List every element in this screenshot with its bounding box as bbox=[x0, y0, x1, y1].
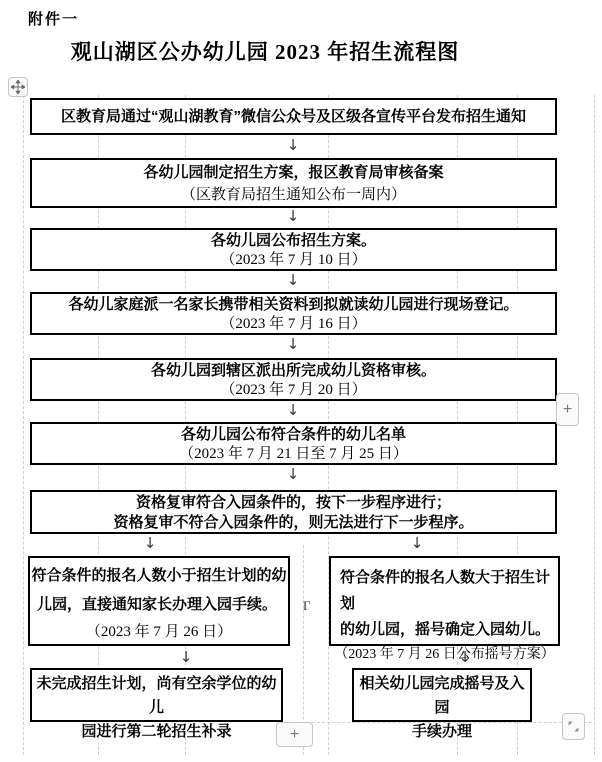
flow-final-lottery-complete: 相关幼儿园完成摇号及入园 手续办理 bbox=[352, 668, 532, 722]
step-text: 区教育局通过“观山湖教育”微信公众号及区级各宣传平台发布招生通知 bbox=[32, 100, 555, 133]
step-date: （2023 年 7 月 16 日） bbox=[32, 315, 555, 334]
flow-arrow-down: ↓ bbox=[283, 335, 303, 355]
table-move-handle[interactable] bbox=[8, 77, 28, 97]
step-text: 相关幼儿园完成摇号及入园 bbox=[354, 672, 530, 720]
step-text: 各幼儿园到辖区派出所完成幼儿资格审核。 bbox=[32, 361, 555, 381]
step-text: 资格复审符合入园条件的，按下一步程序进行； bbox=[32, 493, 555, 513]
table-gridline bbox=[594, 95, 595, 755]
step-text: 各幼儿园公布招生方案。 bbox=[32, 231, 555, 251]
step-date: （2023 年 7 月 26 日公布摇号方案） bbox=[331, 643, 558, 667]
page-title: 观山湖区公办幼儿园 2023 年招生流程图 bbox=[0, 36, 530, 66]
attachment-label: 附件一 bbox=[28, 8, 79, 29]
flow-arrow-down: ↓ bbox=[140, 534, 160, 554]
flow-step-verification: 各幼儿园到辖区派出所完成幼儿资格审核。 （2023 年 7 月 20 日） bbox=[30, 358, 557, 401]
flow-arrow-down: ↓ bbox=[283, 271, 303, 291]
flow-branch-over-quota: 符合条件的报名人数大于招生计划 的幼儿园，摇号确定入园幼儿。 （2023 年 7… bbox=[329, 556, 560, 646]
step-text: 儿园，直接通知家长办理入园手续。 bbox=[30, 590, 288, 619]
document-page: 附件一 观山湖区公办幼儿园 2023 年招生流程图 区教育局通过“观山湖教育”微… bbox=[0, 0, 602, 762]
flow-arrow-down: ↓ bbox=[283, 207, 303, 227]
flow-step-registration: 各幼儿家庭派一名家长携带相关资料到拟就读幼儿园进行现场登记。 （2023 年 7… bbox=[30, 292, 557, 335]
resize-diagonal-icon bbox=[567, 720, 580, 733]
flow-branch-under-quota: 符合条件的报名人数小于招生计划的幼 儿园，直接通知家长办理入园手续。 （2023… bbox=[28, 556, 290, 646]
flow-arrow-down: ↓ bbox=[455, 648, 475, 668]
move-icon bbox=[11, 80, 25, 94]
step-text: 的幼儿园，摇号确定入园幼儿。 bbox=[331, 617, 558, 643]
step-date: （2023 年 7 月 21 日至 7 月 25 日） bbox=[32, 445, 555, 464]
step-text: 手续办理 bbox=[354, 720, 530, 744]
plus-icon: + bbox=[290, 727, 299, 743]
flow-arrow-down: ↓ bbox=[176, 648, 196, 668]
flow-step-review-result: 资格复审符合入园条件的，按下一步程序进行； 资格复审不符合入园条件的，则无法进行… bbox=[30, 490, 557, 534]
table-resize-handle[interactable] bbox=[562, 713, 585, 740]
step-date: （2023 年 7 月 10 日） bbox=[32, 251, 555, 270]
flow-arrow-down: ↓ bbox=[283, 465, 303, 485]
step-text: 未完成招生计划，尚有空余学位的幼儿 bbox=[32, 672, 281, 720]
step-date: （2023 年 7 月 20 日） bbox=[32, 381, 555, 400]
step-text: 各幼儿园制定招生方案，报区教育局审核备案 bbox=[32, 161, 555, 185]
step-text: 符合条件的报名人数大于招生计划 bbox=[331, 565, 558, 617]
step-note: （区教育局招生通知公布一周内） bbox=[32, 185, 555, 206]
step-text: 各幼儿园公布符合条件的幼儿名单 bbox=[32, 425, 555, 445]
flow-step-notice: 区教育局通过“观山湖教育”微信公众号及区级各宣传平台发布招生通知 bbox=[30, 98, 557, 135]
step-text: 各幼儿家庭派一名家长携带相关资料到拟就读幼儿园进行现场登记。 bbox=[32, 295, 555, 315]
table-insert-handle-bottom[interactable]: + bbox=[276, 722, 313, 747]
flow-step-list-publish: 各幼儿园公布符合条件的幼儿名单 （2023 年 7 月 21 日至 7 月 25… bbox=[30, 422, 557, 465]
flow-arrow-down: ↓ bbox=[407, 534, 427, 554]
flow-step-plan-publish: 各幼儿园公布招生方案。 （2023 年 7 月 10 日） bbox=[30, 228, 557, 271]
step-text: 园进行第二轮招生补录 bbox=[32, 720, 281, 744]
flow-arrow-down: ↓ bbox=[283, 401, 303, 421]
step-text: 符合条件的报名人数小于招生计划的幼 bbox=[30, 561, 288, 590]
plus-icon: + bbox=[563, 402, 572, 418]
stray-connector-char: Γ bbox=[303, 598, 311, 614]
flow-step-plan-submit: 各幼儿园制定招生方案，报区教育局审核备案 （区教育局招生通知公布一周内） bbox=[30, 158, 557, 208]
flow-final-second-round: 未完成招生计划，尚有空余学位的幼儿 园进行第二轮招生补录 bbox=[30, 668, 283, 722]
table-gridline bbox=[23, 95, 24, 755]
step-date: （2023 年 7 月 26 日） bbox=[30, 619, 288, 645]
table-insert-handle-right[interactable]: + bbox=[556, 393, 579, 426]
flow-arrow-down: ↓ bbox=[283, 136, 303, 156]
step-text: 资格复审不符合入园条件的，则无法进行下一步程序。 bbox=[32, 513, 555, 533]
